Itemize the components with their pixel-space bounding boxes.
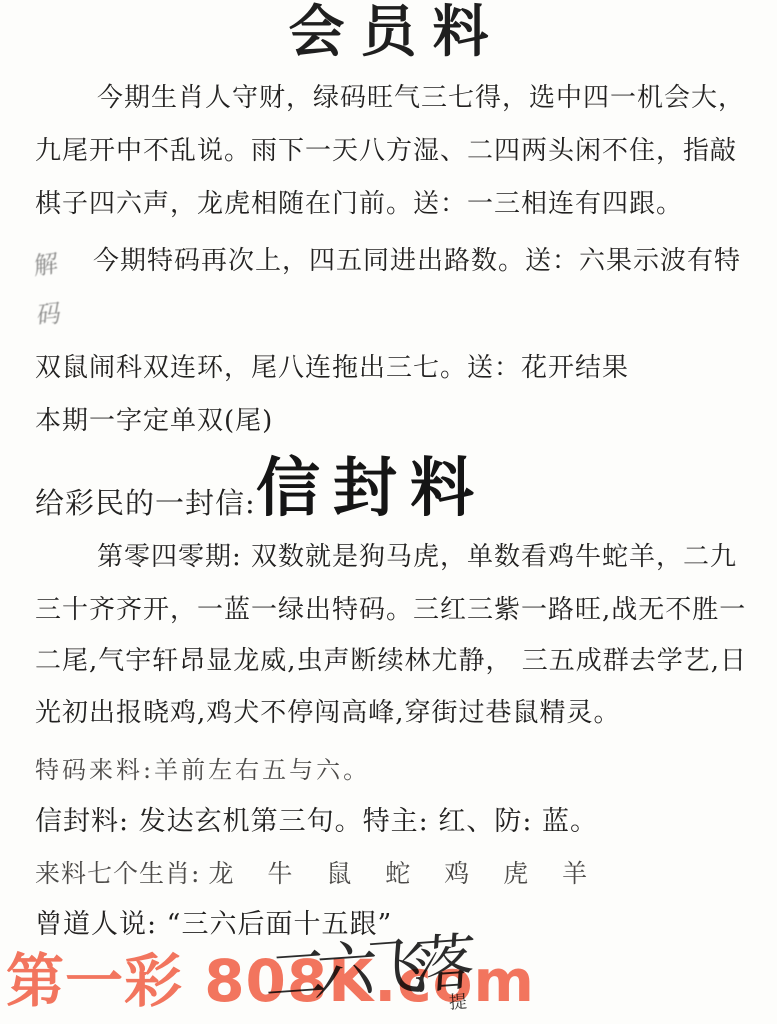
member-para1-line1: 今期生肖人守财，绿码旺气三七得，选中四一机会大， — [97, 84, 745, 114]
zodiac-label: 来料七个生肖: — [35, 859, 200, 888]
zodiac-list: 龙 牛 鼠 蛇 鸡 虎 羊 — [200, 859, 600, 888]
smudged-char-jie: 解 — [34, 250, 58, 281]
letter-to-punters-label: 给彩民的一封信: — [35, 487, 256, 520]
envelope-para1-line4: 光初出报晓鸡,鸡犬不停闯高峰,穿街过巷鼠精灵。 — [35, 699, 621, 729]
envelope-hint-line: 信封料: 发达玄机第三句。特主: 红、防: 蓝。 — [35, 806, 598, 837]
member-para1-line2: 九尾开中不乱说。雨下一天八方湿、二四两头闲不住，指敲 — [35, 137, 737, 167]
smudged-char-ma: 码 — [36, 300, 62, 330]
zodiac-line: 来料七个生肖:龙 牛 鼠 蛇 鸡 虎 羊 — [35, 860, 600, 889]
member-para3: 双鼠闹科双连环，尾八连拖出三七。送：花开结果 — [35, 354, 629, 384]
member-para2-line1: 今期特码再次上，四五同进出路数。送：六果示波有特 — [93, 247, 741, 277]
envelope-section-title: 信封料 — [256, 452, 487, 526]
member-section-title: 会员料 — [0, 0, 777, 64]
handwritten-small-char: 提 — [448, 992, 467, 1014]
envelope-para1-line3: 二尾,气宇轩昂显龙威,虫声断续林尤静， 三五成群去学艺,日 — [35, 647, 747, 677]
member-para4: 本期一字定单双(尾) — [35, 407, 273, 437]
handwritten-overlay: 二六飞落 — [264, 927, 465, 1012]
member-para1-line3: 棋子四六声，龙虎相随在门前。送：一三相连有四跟。 — [35, 190, 683, 220]
envelope-para1-line2: 三十齐齐开，一蓝一绿出特码。三红三紫一路旺,战无不胜一 — [35, 596, 746, 626]
scanned-lottery-sheet: 会员料 今期生肖人守财，绿码旺气三七得，选中四一机会大， 九尾开中不乱说。雨下一… — [0, 0, 777, 1024]
envelope-para1-line1: 第零四零期: 双数就是狗马虎，单数看鸡牛蛇羊，二九 — [97, 543, 737, 573]
special-code-line: 特码来料:羊前左右五与六。 — [35, 757, 370, 785]
